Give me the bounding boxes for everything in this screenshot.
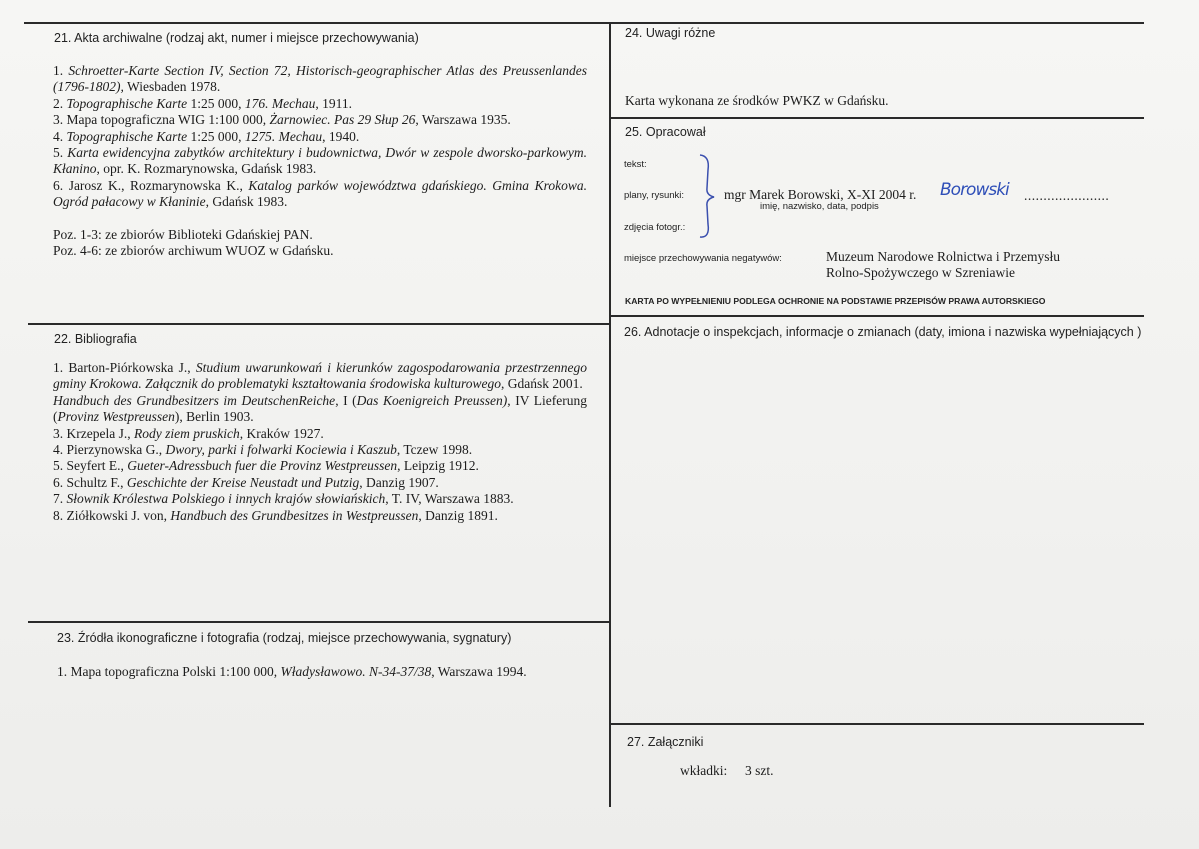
archival-record-card: 21. Akta archiwalne (rodzaj akt, numer i… bbox=[0, 0, 1199, 849]
section-22-title: 22. Bibliografia bbox=[54, 332, 137, 346]
label-plany-rysunki: plany, rysunki: bbox=[624, 190, 684, 201]
label-zdjecia-fotogr: zdjęcia fotogr.: bbox=[624, 222, 685, 233]
attachments-label: wkładki: bbox=[680, 763, 727, 779]
section-22-list: 1. Barton-Piórkowska J., Studium uwarunk… bbox=[53, 360, 587, 524]
bibliography-item-4: 4. Pierzynowska G., Dwory, parki i folwa… bbox=[53, 442, 587, 458]
rule-24-25 bbox=[610, 117, 1144, 119]
author-signature: Borowski bbox=[940, 180, 1009, 200]
section-25-title: 25. Opracował bbox=[625, 125, 706, 139]
archive-item-1: 1. Schroetter-Karte Section IV, Section … bbox=[53, 63, 587, 96]
section-26-title: 26. Adnotacje o inspekcjach, informacje … bbox=[624, 325, 1141, 339]
section-21-title: 21. Akta archiwalne (rodzaj akt, numer i… bbox=[54, 31, 419, 45]
attachments-count: 3 szt. bbox=[745, 763, 774, 779]
label-tekst: tekst: bbox=[624, 159, 647, 170]
bibliography-item-8: 8. Ziółkowski J. von, Handbuch des Grund… bbox=[53, 508, 587, 524]
copyright-notice: KARTA PO WYPEŁNIENIU PODLEGA OCHRONIE NA… bbox=[625, 296, 1045, 306]
bibliography-item-5: 5. Seyfert E., Gueter-Adressbuch fuer di… bbox=[53, 458, 587, 474]
rule-22-23 bbox=[28, 621, 610, 623]
negatives-label: miejsce przechowywania negatywów: bbox=[624, 253, 782, 264]
bibliography-item-6: 6. Schultz F., Geschichte der Kreise Neu… bbox=[53, 475, 587, 491]
signature-dots: ...................... bbox=[1024, 188, 1109, 204]
bibliography-item-3: 3. Krzepela J., Rody ziem pruskich, Krak… bbox=[53, 426, 587, 442]
bibliography-item-2: Handbuch des Grundbesitzers im Deutschen… bbox=[53, 393, 587, 426]
negatives-location: Muzeum Narodowe Rolnictwa i Przemysłu Ro… bbox=[826, 249, 1060, 282]
archive-item-3: 3. Mapa topograficzna WIG 1:100 000, Żar… bbox=[53, 112, 587, 128]
section-24-text: Karta wykonana ze środków PWKZ w Gdańsku… bbox=[625, 93, 889, 109]
section-23-title: 23. Źródła ikonograficzne i fotografia (… bbox=[57, 631, 511, 645]
rule-center-divider bbox=[609, 22, 611, 807]
section-24-title: 24. Uwagi różne bbox=[625, 26, 715, 40]
section-21-notes: Poz. 1-3: ze zbiorów Biblioteki Gdańskie… bbox=[53, 227, 587, 260]
archive-item-2: 2. Topographische Karte 1:25 000, 176. M… bbox=[53, 96, 587, 112]
archive-item-5: 5. Karta ewidencyjna zabytków architektu… bbox=[53, 145, 587, 178]
archive-note-1: Poz. 1-3: ze zbiorów Biblioteki Gdańskie… bbox=[53, 227, 587, 243]
iconography-item-1: 1. Mapa topograficzna Polski 1:100 000, … bbox=[57, 664, 597, 680]
section-21-list: 1. Schroetter-Karte Section IV, Section … bbox=[53, 63, 587, 211]
rule-top bbox=[24, 22, 1144, 24]
section-27-title: 27. Załączniki bbox=[627, 735, 703, 749]
rule-25-26 bbox=[610, 315, 1144, 317]
bibliography-item-1: 1. Barton-Piórkowska J., Studium uwarunk… bbox=[53, 360, 587, 393]
rule-26-27 bbox=[610, 723, 1144, 725]
bibliography-item-7: 7. Słownik Królestwa Polskiego i innych … bbox=[53, 491, 587, 507]
section-23-list: 1. Mapa topograficzna Polski 1:100 000, … bbox=[57, 664, 597, 680]
archive-note-2: Poz. 4-6: ze zbiorów archiwum WUOZ w Gda… bbox=[53, 243, 587, 259]
rule-21-22 bbox=[28, 323, 610, 325]
archive-item-6: 6. Jarosz K., Rozmarynowska K., Katalog … bbox=[53, 178, 587, 211]
archive-item-4: 4. Topographische Karte 1:25 000, 1275. … bbox=[53, 129, 587, 145]
author-caption: imię, nazwisko, data, podpis bbox=[760, 201, 879, 212]
curly-brace-icon bbox=[696, 152, 720, 240]
